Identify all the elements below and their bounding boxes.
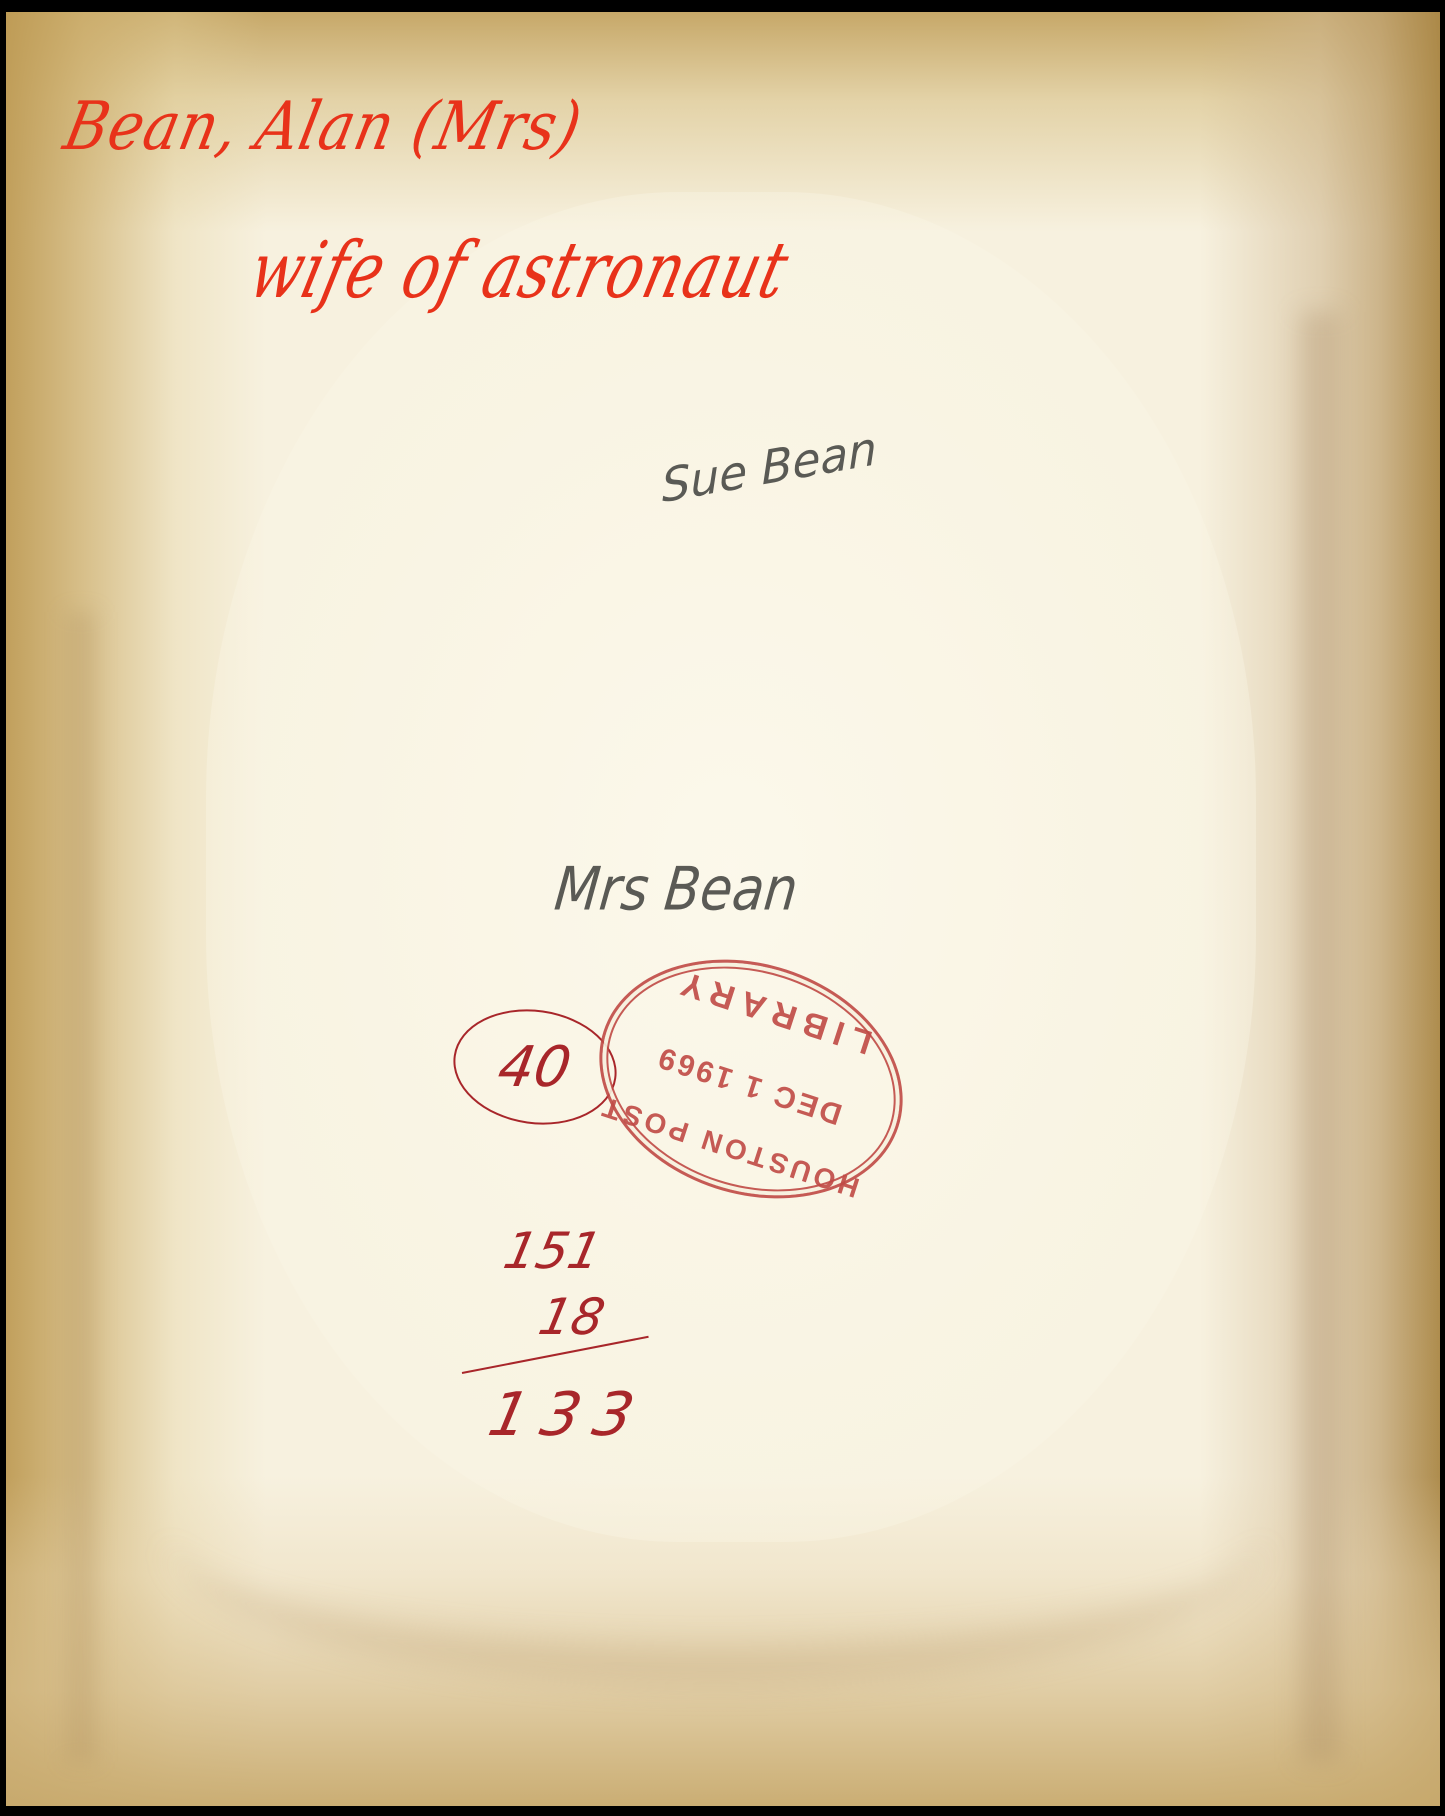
age-stain-arc [166, 1386, 1266, 1686]
arithmetic-minuend: 151 [499, 1222, 607, 1280]
age-stain-left [6, 12, 266, 1806]
age-stain-right [1200, 12, 1440, 1806]
arithmetic-result: 133 [483, 1380, 654, 1450]
arithmetic-subtrahend: 18 [534, 1288, 610, 1346]
name-label: Mrs Bean [551, 856, 801, 925]
age-stain-streak-left [66, 612, 96, 1762]
age-stain-bottom [6, 1476, 1440, 1806]
circled-number-value: 40 [494, 1034, 577, 1099]
caption-description: wife of astronaut [241, 226, 798, 317]
age-stain-streak-right [1300, 312, 1340, 1762]
caption-name: Bean, Alan (Mrs) [58, 87, 589, 165]
